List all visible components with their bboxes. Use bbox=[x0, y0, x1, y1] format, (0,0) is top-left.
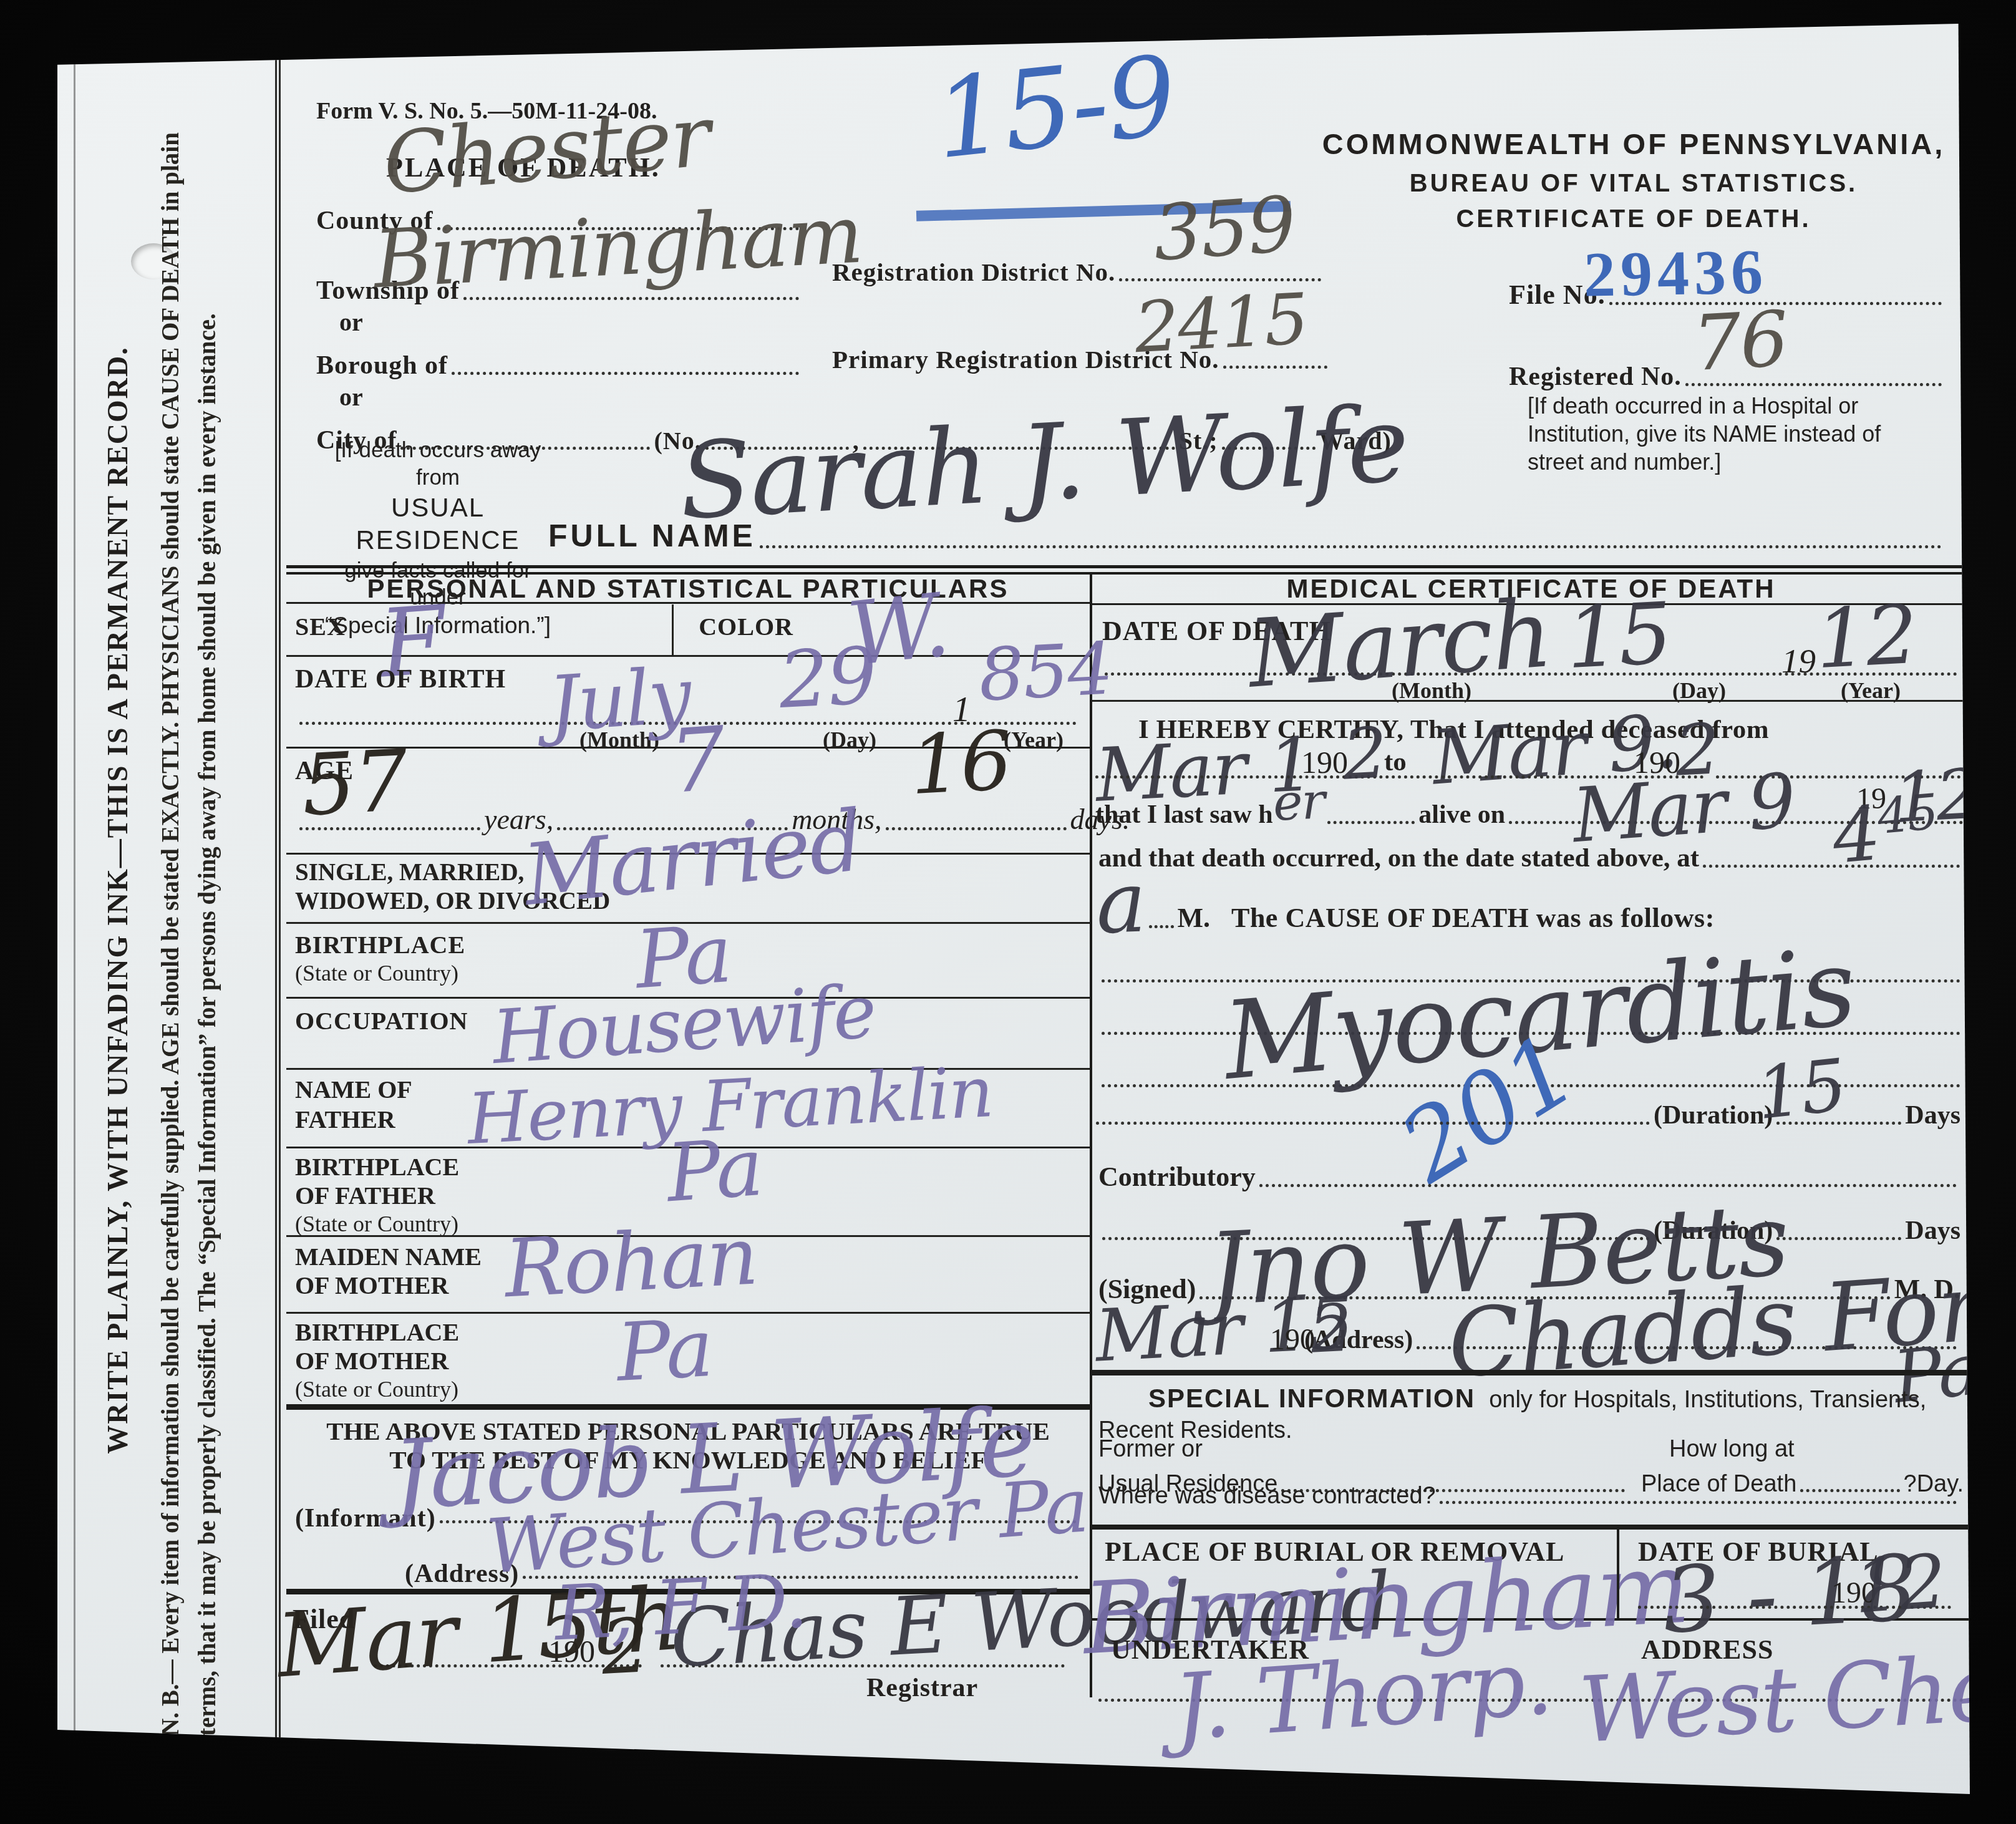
registration-district-label: Registration District No. bbox=[832, 257, 1115, 287]
dod-month-value: March bbox=[1245, 587, 1554, 701]
occupation-label: OCCUPATION bbox=[295, 1006, 468, 1036]
howlong-label-1: How long at bbox=[1669, 1436, 1964, 1463]
personal-column: PERSONAL AND STATISTICAL PARTICULARS SEX… bbox=[286, 574, 1092, 1697]
form-columns: PERSONAL AND STATISTICAL PARTICULARS SEX… bbox=[286, 574, 1970, 1759]
thick-rule bbox=[1092, 1370, 1970, 1375]
paper-edge-line bbox=[74, 61, 75, 1782]
mother-label-2: OF MOTHER bbox=[295, 1272, 448, 1299]
township-value: Birmingham bbox=[372, 195, 864, 301]
former-label-1: Former or bbox=[1098, 1436, 1629, 1463]
disease-contracted-line: Where was disease contracted? bbox=[1098, 1475, 1960, 1510]
undertaker-value: J. Thorp. bbox=[1171, 1637, 1554, 1754]
father-label-1: NAME OF bbox=[295, 1076, 412, 1103]
dotted-line bbox=[1149, 925, 1174, 928]
rotated-margin-text: WRITE PLAINLY, WITH UNFADING INK—THIS IS… bbox=[101, 64, 226, 1736]
dotted-line bbox=[452, 372, 799, 375]
burial-row: PLACE OF BURIAL OR REMOVAL Birmingham DA… bbox=[1092, 1530, 1970, 1621]
mother-bp-value: Pa bbox=[615, 1309, 714, 1394]
primary-registration-value: 2415 bbox=[1133, 284, 1309, 363]
mother-maiden-row: MAIDEN NAME OF MOTHER Rohan bbox=[286, 1237, 1090, 1314]
last-saw-hand: er bbox=[1272, 777, 1324, 828]
dotted-line bbox=[1327, 821, 1415, 824]
burial-date-cell: DATE OF BURIAL 3 - 18 190 12 bbox=[1617, 1530, 1970, 1621]
dotted-line bbox=[1259, 1184, 1957, 1187]
form-body: Form V. S. No. 5.—50M-11-24-08. PLACE OF… bbox=[286, 24, 1970, 1807]
father-bp-caption: (State or Country) bbox=[295, 1211, 458, 1237]
mother-label-1: MAIDEN NAME bbox=[295, 1243, 482, 1270]
sex-cell: SEX F bbox=[286, 604, 672, 655]
special-information-block: SPECIAL INFORMATION only for Hospitals, … bbox=[1098, 1384, 1965, 1444]
dotted-line bbox=[1776, 1237, 1901, 1240]
death-time-value: 445 bbox=[1829, 788, 1942, 875]
special-information-bold: SPECIAL INFORMATION bbox=[1148, 1384, 1475, 1413]
days2-label: Days bbox=[1905, 1216, 1960, 1246]
birthplace-label: BIRTHPLACE bbox=[295, 930, 465, 959]
special-information-line1: SPECIAL INFORMATION only for Hospitals, … bbox=[1098, 1384, 1965, 1414]
death-time-hour: 4 bbox=[1829, 790, 1883, 881]
state-country-caption: (State or Country) bbox=[295, 960, 458, 986]
to-label: to bbox=[1384, 747, 1407, 777]
residence-note-line1: [If death occurs away from bbox=[316, 437, 560, 492]
from-year-value: 2 bbox=[1341, 718, 1388, 790]
dotted-line bbox=[1096, 1122, 1650, 1125]
informant-address-rfd: R, F D. bbox=[553, 1564, 808, 1652]
signed-year-value: 2 bbox=[1309, 1295, 1352, 1362]
mother-bp-label-1: BIRTHPLACE bbox=[295, 1319, 459, 1346]
dotted-line bbox=[1440, 1501, 1957, 1504]
dod-year-value: 12 bbox=[1814, 594, 1919, 680]
certificate-line: CERTIFICATE OF DEATH. bbox=[1297, 205, 1970, 233]
age-months-value: 7 bbox=[667, 716, 727, 807]
last-saw-mid: alive on bbox=[1418, 800, 1505, 830]
age-days-value: 16 bbox=[908, 720, 1013, 806]
borough-row: Borough of bbox=[316, 337, 803, 381]
disease-contracted-label: Where was disease contracted? bbox=[1098, 1483, 1436, 1510]
burial-year-value: 12 bbox=[1851, 1544, 1947, 1624]
commonwealth-header: COMMONWEALTH OF PENNSYLVANIA, BUREAU OF … bbox=[1297, 127, 1970, 233]
sex-color-row: SEX F COLOR W. bbox=[286, 604, 1090, 657]
registrar-label: Registrar bbox=[866, 1673, 978, 1703]
marital-label-1: SINGLE, MARRIED, bbox=[295, 860, 524, 886]
county-value: Chester bbox=[380, 94, 713, 206]
or-word-2: or bbox=[339, 382, 363, 412]
days-label: Days bbox=[1905, 1100, 1960, 1130]
father-bp-label-1: BIRTHPLACE bbox=[295, 1153, 459, 1180]
dod-day-value: 15 bbox=[1564, 591, 1674, 681]
photo-background: WRITE PLAINLY, WITH UNFADING INK—THIS IS… bbox=[0, 0, 2016, 1824]
sex-label: SEX bbox=[295, 613, 346, 641]
cause-of-death-block: Myocarditis 201 (Duration) Days 15 bbox=[1092, 942, 1970, 1148]
father-label-2: FATHER bbox=[295, 1106, 395, 1133]
burial-place-cell: PLACE OF BURIAL OR REMOVAL Birmingham bbox=[1092, 1530, 1617, 1621]
margin-nb-note: N. B.— Every item of information should … bbox=[153, 64, 226, 1736]
mother-bp-caption: (State or Country) bbox=[295, 1376, 458, 1402]
or-word-1: or bbox=[339, 308, 363, 337]
undertaker-row: UNDERTAKER ADDRESS J. Thorp. West Cheste… bbox=[1092, 1624, 1970, 1749]
dod-year-printed: 19 bbox=[1781, 641, 1816, 681]
margin-bold-instruction: WRITE PLAINLY, WITH UNFADING INK—THIS IS… bbox=[101, 64, 134, 1736]
bureau-line: BUREAU OF VITAL STATISTICS. bbox=[1297, 170, 1970, 198]
registration-district-value: 359 bbox=[1151, 186, 1297, 272]
signed-year-printed: 190 bbox=[1270, 1322, 1315, 1357]
borough-label: Borough of bbox=[316, 351, 448, 381]
medical-column: MEDICAL CERTIFICATE OF DEATH DATE OF DEA… bbox=[1092, 574, 1970, 1753]
dotted-line bbox=[760, 545, 1942, 548]
contributory-line: Contributory bbox=[1098, 1154, 1960, 1193]
hospital-note: [If death occurred in a Hospital or Inst… bbox=[1528, 392, 1902, 476]
registered-no-label: Registered No. bbox=[1509, 362, 1682, 392]
am-label: M. bbox=[1178, 902, 1211, 934]
duration-label: (Duration) bbox=[1654, 1100, 1773, 1130]
dod-day-caption: (Day) bbox=[1672, 677, 1726, 704]
last-saw-pre: that I last saw h bbox=[1095, 800, 1273, 830]
death-occurred-text: and that death occurred, on the date sta… bbox=[1098, 843, 1699, 873]
duration-value: 15 bbox=[1753, 1050, 1849, 1130]
thick-rule bbox=[1092, 1525, 1970, 1530]
mother-bp-label-2: OF MOTHER bbox=[295, 1347, 448, 1374]
dob-label: DATE OF BIRTH bbox=[295, 664, 506, 694]
blue-code-annotation: 15-9 bbox=[930, 41, 1180, 175]
residence-note-line2: USUAL RESIDENCE bbox=[316, 492, 560, 557]
certificate-paper: WRITE PLAINLY, WITH UNFADING INK—THIS IS… bbox=[57, 24, 1970, 1807]
am-hand-value: a bbox=[1095, 860, 1146, 946]
registered-no-value: 76 bbox=[1691, 301, 1789, 382]
left-margin-strip: WRITE PLAINLY, WITH UNFADING INK—THIS IS… bbox=[57, 24, 281, 1807]
dotted-line bbox=[1223, 366, 1328, 369]
cause-lead-text: The CAUSE OF DEATH was as follows: bbox=[1231, 902, 1715, 934]
contributory-label: Contributory bbox=[1098, 1161, 1256, 1193]
death-time-min: 45 bbox=[1876, 784, 1940, 845]
mother-maiden-value: Rohan bbox=[503, 1216, 759, 1309]
father-bp-value: Pa bbox=[664, 1128, 765, 1214]
age-years-value: 57 bbox=[300, 739, 409, 828]
dob-day-value: 29 bbox=[777, 637, 878, 720]
double-rule bbox=[286, 565, 1970, 575]
commonwealth-line: COMMONWEALTH OF PENNSYLVANIA, bbox=[1297, 127, 1970, 161]
special-information-rest: only for Hospitals, Institutions, Transi… bbox=[1489, 1387, 1926, 1413]
father-bp-label-2: OF FATHER bbox=[295, 1182, 435, 1209]
date-of-death-row: DATE OF DEATH (Month) (Day) 19 (Year) Ma… bbox=[1092, 605, 1970, 702]
dotted-line bbox=[886, 827, 1067, 830]
